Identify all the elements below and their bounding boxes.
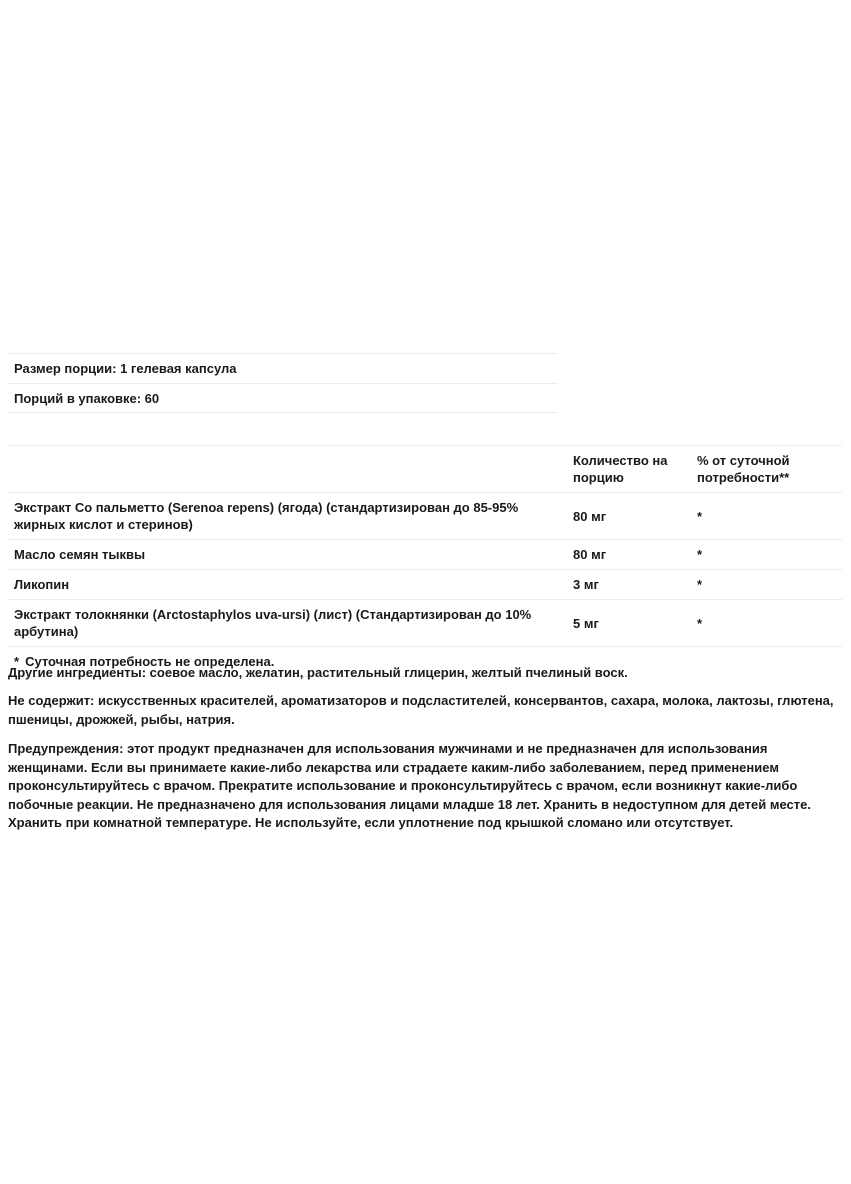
ingredient-name: Экстракт Со пальметто (Serenoa repens) (… <box>8 493 567 540</box>
servings-per-container: Порций в упаковке: 60 <box>8 383 558 413</box>
header-daily-value: % от суточной потребности** <box>691 446 842 493</box>
ingredient-daily-value: * <box>691 600 842 647</box>
table-row: Экстракт Со пальметто (Serenoa repens) (… <box>8 493 842 540</box>
header-amount: Количество на порцию <box>567 446 691 493</box>
warnings: Предупреждения: этот продукт предназначе… <box>8 740 844 833</box>
ingredient-amount: 3 мг <box>567 570 691 600</box>
ingredient-name: Масло семян тыквы <box>8 540 567 570</box>
free-of-statement: Не содержит: искусственных красителей, а… <box>8 692 844 729</box>
ingredient-name: Ликопин <box>8 570 567 600</box>
ingredient-amount: 80 мг <box>567 540 691 570</box>
ingredient-amount: 5 мг <box>567 600 691 647</box>
ingredients-table: Количество на порцию % от суточной потре… <box>8 445 842 647</box>
table-header-row: Количество на порцию % от суточной потре… <box>8 446 842 493</box>
serving-size: Размер порции: 1 гелевая капсула <box>8 353 558 383</box>
ingredient-name: Экстракт толокнянки (Arctostaphylos uva-… <box>8 600 567 647</box>
table-row: Масло семян тыквы 80 мг * <box>8 540 842 570</box>
ingredient-amount: 80 мг <box>567 493 691 540</box>
header-name <box>8 446 567 493</box>
supplement-facts: Размер порции: 1 гелевая капсула Порций … <box>8 353 842 677</box>
ingredient-daily-value: * <box>691 570 842 600</box>
spacer <box>8 413 842 445</box>
table-row: Экстракт толокнянки (Arctostaphylos uva-… <box>8 600 842 647</box>
ingredient-daily-value: * <box>691 493 842 540</box>
ingredient-daily-value: * <box>691 540 842 570</box>
table-row: Ликопин 3 мг * <box>8 570 842 600</box>
other-ingredients: Другие ингредиенты: соевое масло, желати… <box>8 664 844 683</box>
